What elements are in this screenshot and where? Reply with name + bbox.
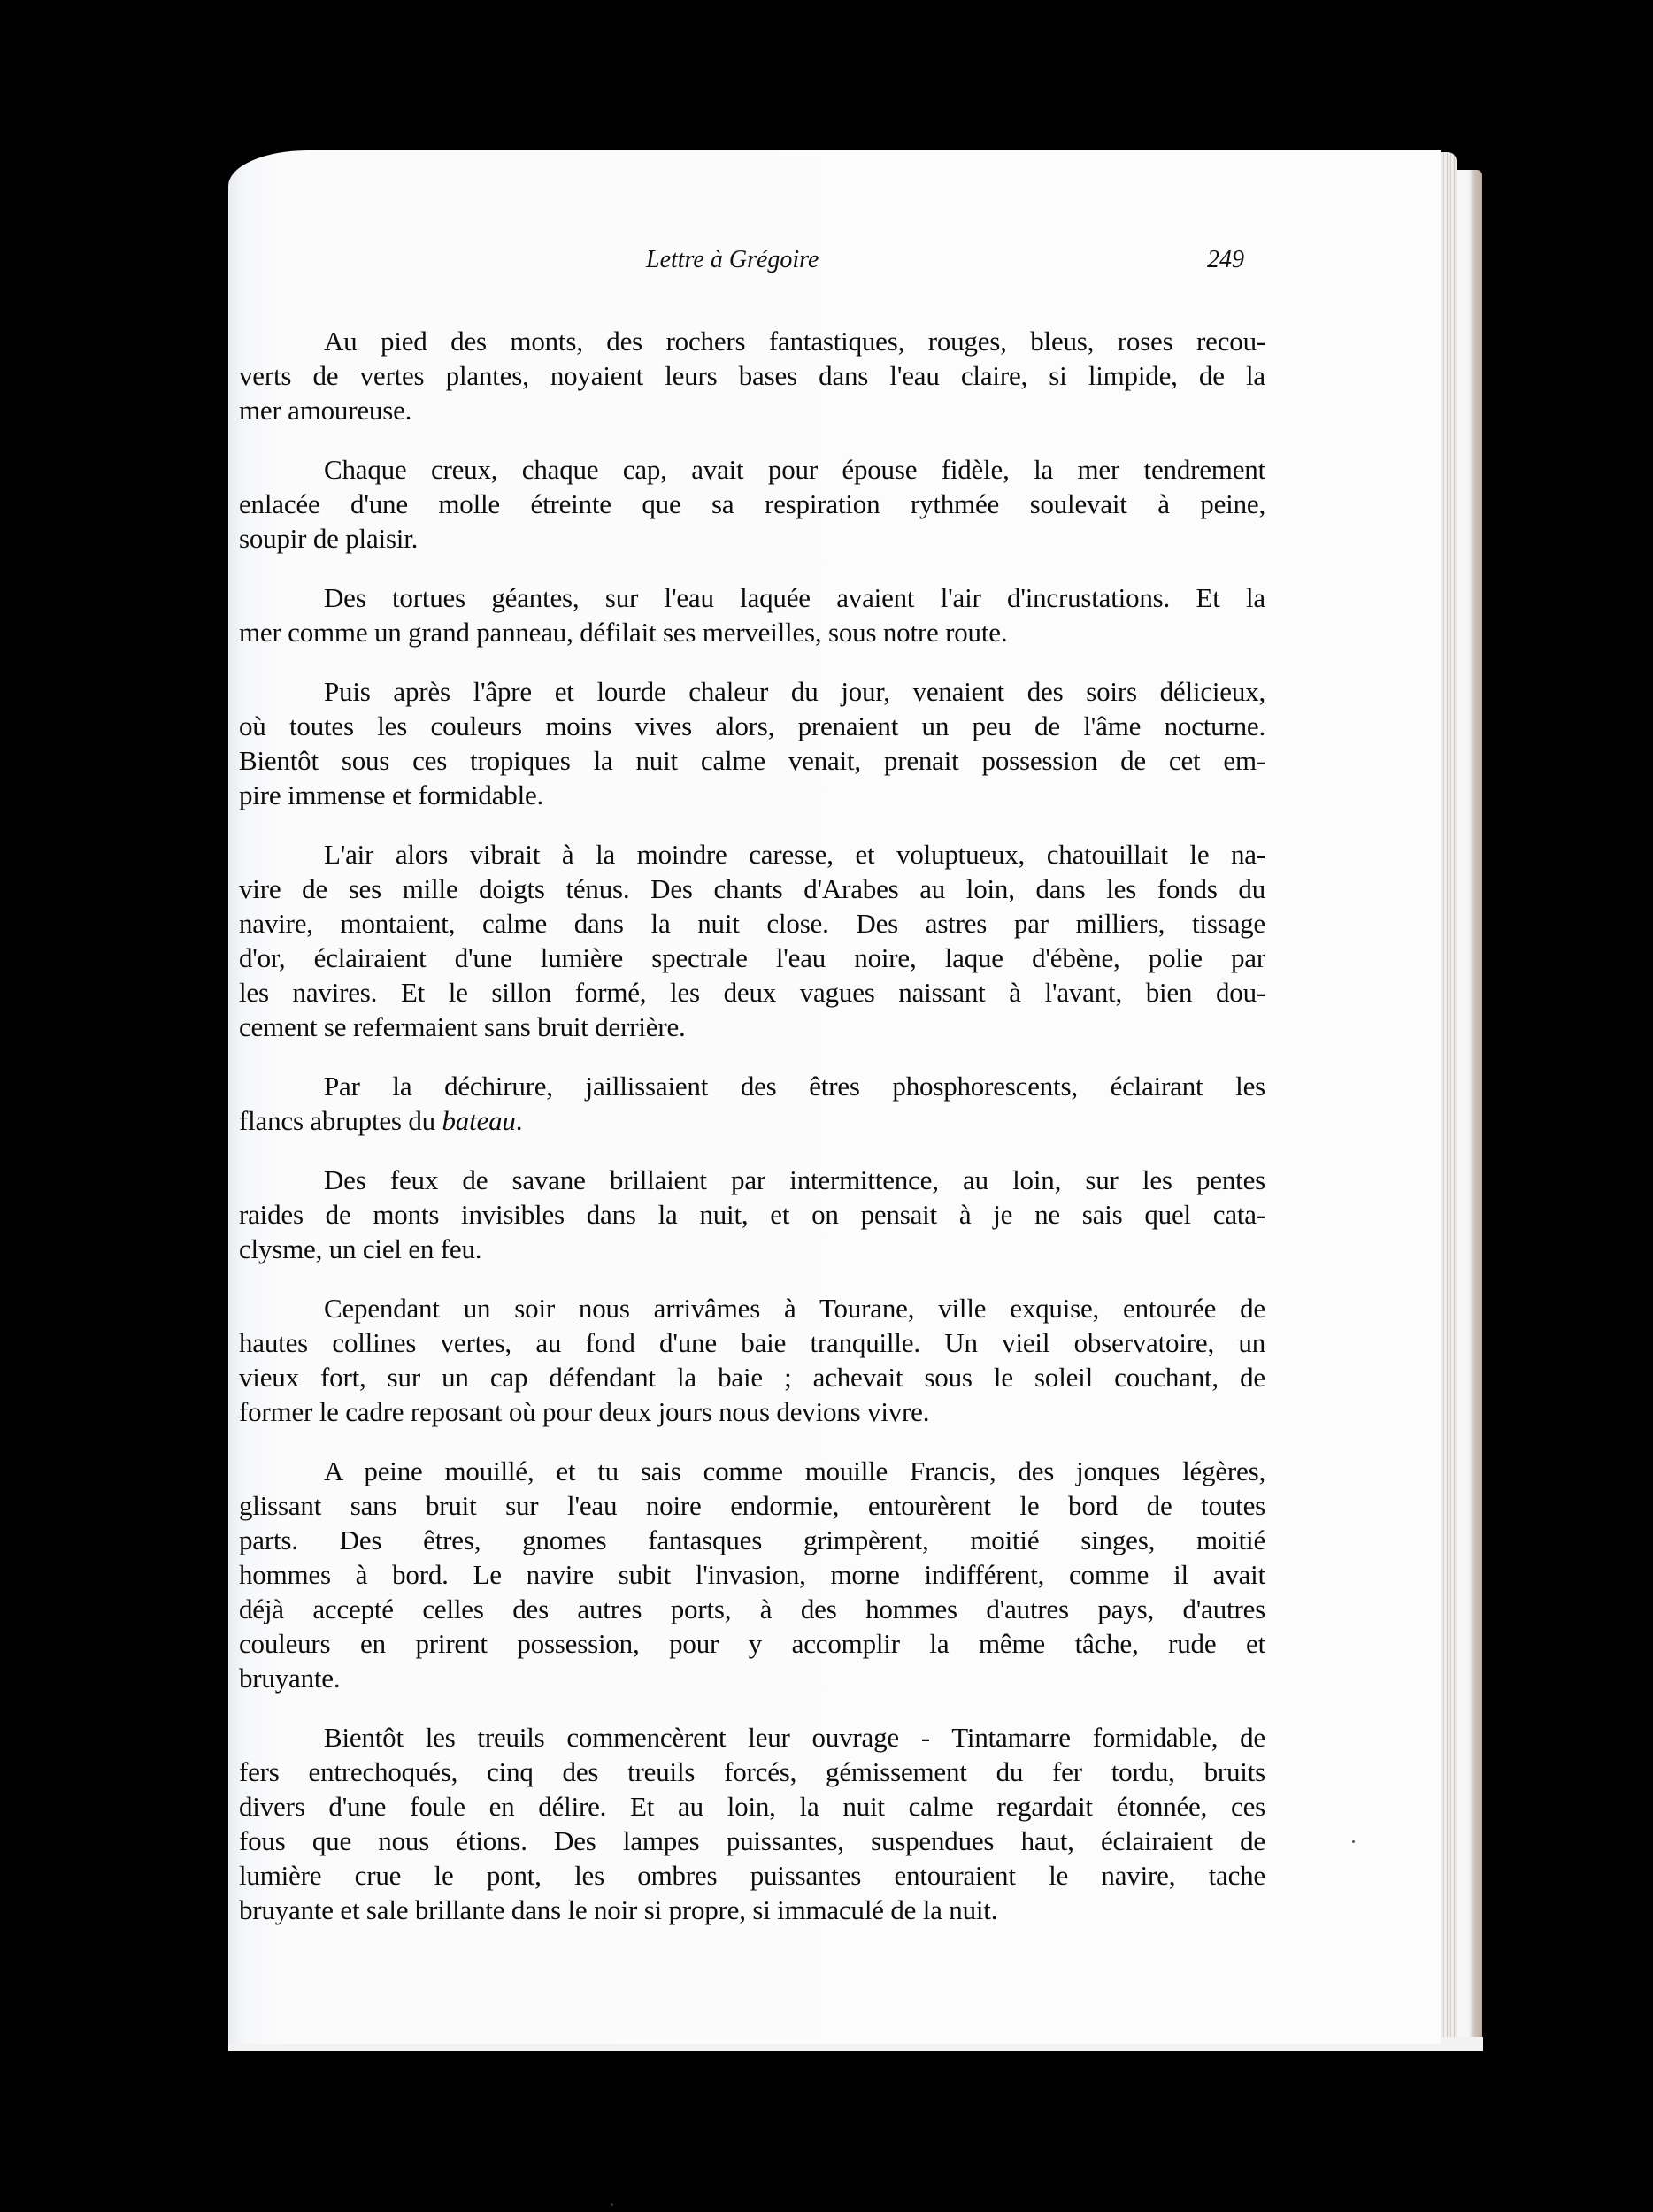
- text-line: bruyante et sale brillante dans le noir …: [239, 1893, 1265, 1927]
- text-line: A peine mouillé, et tu sais comme mouill…: [239, 1454, 1265, 1488]
- text-line: Chaque creux, chaque cap, avait pour épo…: [239, 452, 1265, 487]
- body-text: Au pied des monts, des rochers fantastiq…: [239, 324, 1265, 1952]
- page-header: Lettre à Grégoire 249: [228, 246, 1441, 281]
- text-line: cement se refermaient sans bruit derrièr…: [239, 1010, 1265, 1044]
- text-line: clysme, un ciel en feu.: [239, 1232, 1265, 1266]
- italic-word: bateau: [442, 1105, 516, 1136]
- text-line: lumière crue le pont, les ombres puissan…: [239, 1858, 1265, 1893]
- page-number: 249: [1207, 246, 1244, 274]
- text-line: L'air alors vibrait à la moindre caresse…: [239, 837, 1265, 872]
- text-line: vieux fort, sur un cap défendant la baie…: [239, 1360, 1265, 1394]
- text-line: fous que nous étions. Des lampes puissan…: [239, 1824, 1265, 1858]
- text-line: Au pied des monts, des rochers fantastiq…: [239, 324, 1265, 358]
- text-line: où toutes les couleurs moins vives alors…: [239, 709, 1265, 743]
- text-line: soupir de plaisir.: [239, 521, 1265, 556]
- dust-speck: [611, 2203, 613, 2206]
- paragraph: L'air alors vibrait à la moindre caresse…: [239, 837, 1265, 1044]
- text-line: Par la déchirure, jaillissaient des être…: [239, 1069, 1265, 1103]
- text-line: vire de ses mille doigts ténus. Des chan…: [239, 872, 1265, 906]
- text-line: navire, montaient, calme dans la nuit cl…: [239, 906, 1265, 941]
- text-line: pire immense et formidable.: [239, 778, 1265, 812]
- text-line: hautes collines vertes, au fond d'une ba…: [239, 1325, 1265, 1360]
- text-line: mer amoureuse.: [239, 393, 1265, 427]
- text-line: enlacée d'une molle étreinte que sa resp…: [239, 487, 1265, 521]
- text-line: fers entrechoqués, cinq des treuils forc…: [239, 1755, 1265, 1789]
- text-line: Des feux de savane brillaient par interm…: [239, 1163, 1265, 1197]
- book-page: Lettre à Grégoire 249 Au pied des monts,…: [228, 150, 1441, 2044]
- text-line: couleurs en prirent possession, pour y a…: [239, 1626, 1265, 1661]
- text-line: verts de vertes plantes, noyaient leurs …: [239, 358, 1265, 393]
- text-line: d'or, éclairaient d'une lumière spectral…: [239, 941, 1265, 975]
- text-line: bruyante.: [239, 1661, 1265, 1695]
- paragraph: Bientôt les treuils commencèrent leur ou…: [239, 1720, 1265, 1927]
- punctuation: .: [516, 1105, 523, 1136]
- text-line: flancs abruptes du bateau.: [239, 1103, 1265, 1138]
- paragraph: Des tortues géantes, sur l'eau laquée av…: [239, 580, 1265, 649]
- paragraph: Des feux de savane brillaient par interm…: [239, 1163, 1265, 1266]
- paragraph: Au pied des monts, des rochers fantastiq…: [239, 324, 1265, 427]
- text-line: les navires. Et le sillon formé, les deu…: [239, 975, 1265, 1010]
- text-line: raides de monts invisibles dans la nuit,…: [239, 1197, 1265, 1232]
- paragraph: Cependant un soir nous arrivâmes à Toura…: [239, 1291, 1265, 1429]
- text-line: Puis après l'âpre et lourde chaleur du j…: [239, 674, 1265, 709]
- text-line: déjà accepté celles des autres ports, à …: [239, 1592, 1265, 1626]
- text-line: hommes à bord. Le navire subit l'invasio…: [239, 1557, 1265, 1592]
- running-title: Lettre à Grégoire: [646, 246, 819, 274]
- text-line: Bientôt sous ces tropiques la nuit calme…: [239, 743, 1265, 778]
- dust-speck: [1352, 1840, 1355, 1843]
- text-line: former le cadre reposant où pour deux jo…: [239, 1394, 1265, 1429]
- text-line: glissant sans bruit sur l'eau noire endo…: [239, 1488, 1265, 1523]
- paragraph: Par la déchirure, jaillissaient des être…: [239, 1069, 1265, 1138]
- paragraph: A peine mouillé, et tu sais comme mouill…: [239, 1454, 1265, 1695]
- text-line: parts. Des êtres, gnomes fantasques grim…: [239, 1523, 1265, 1557]
- text-line: Des tortues géantes, sur l'eau laquée av…: [239, 580, 1265, 615]
- text-fragment: flancs abruptes du: [239, 1105, 442, 1136]
- text-line: divers d'une foule en délire. Et au loin…: [239, 1789, 1265, 1824]
- text-line: mer comme un grand panneau, défilait ses…: [239, 615, 1265, 649]
- paragraph: Chaque creux, chaque cap, avait pour épo…: [239, 452, 1265, 556]
- text-line: Bientôt les treuils commencèrent leur ou…: [239, 1720, 1265, 1755]
- text-line: Cependant un soir nous arrivâmes à Toura…: [239, 1291, 1265, 1325]
- paragraph: Puis après l'âpre et lourde chaleur du j…: [239, 674, 1265, 812]
